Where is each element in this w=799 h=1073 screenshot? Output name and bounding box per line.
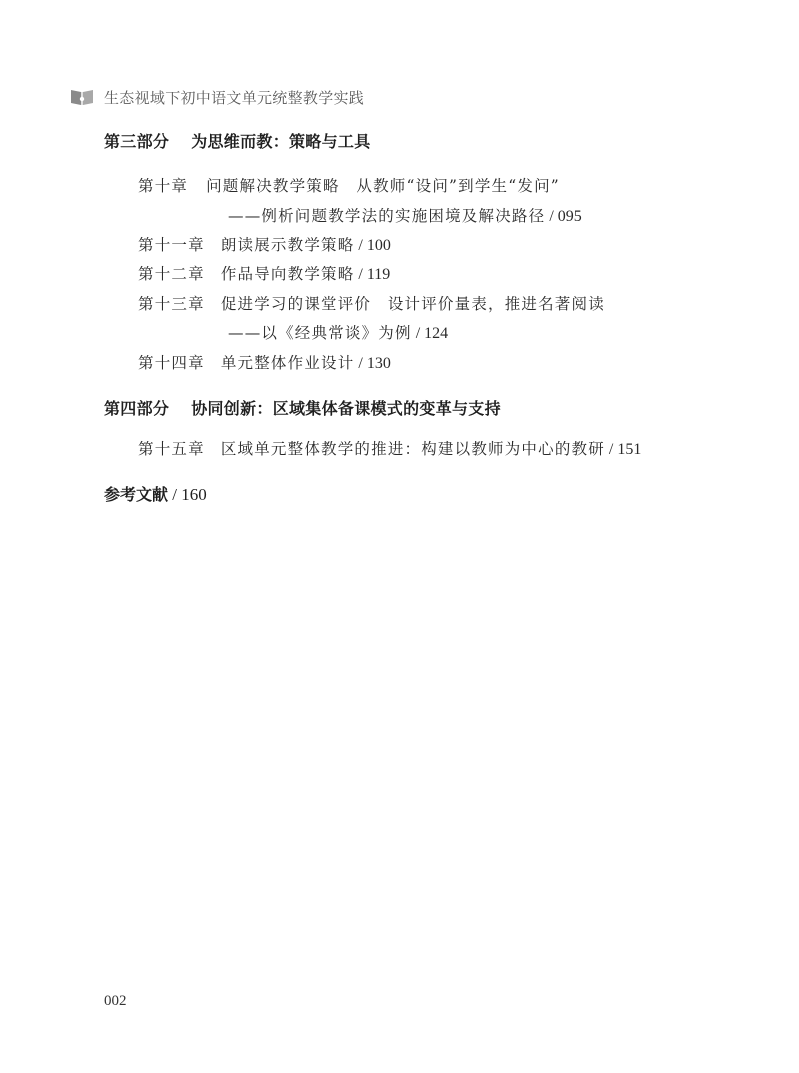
toc-entry-chapter-12[interactable]: 第十二章作品导向教学策略 / 119	[138, 262, 390, 284]
page-number: 002	[104, 993, 127, 1010]
chapter-title: 问题解决教学策略 从教师“设问”到学生“发问”	[206, 177, 560, 195]
part-label: 第四部分	[104, 399, 169, 418]
page-ref: 130	[367, 355, 391, 372]
page-ref: 151	[617, 441, 641, 458]
part-label: 第三部分	[104, 132, 169, 151]
chapter-title: 区域单元整体教学的推进：构建以教师为中心的教研	[221, 440, 605, 458]
page-separator: /	[354, 355, 366, 372]
chapter-title: 单元整体作业设计	[221, 354, 355, 372]
open-book-icon	[70, 88, 94, 106]
toc-entry-chapter-10[interactable]: 第十章问题解决教学策略 从教师“设问”到学生“发问”	[138, 174, 560, 196]
toc-entry-chapter-11[interactable]: 第十一章朗读展示教学策略 / 100	[138, 233, 391, 255]
toc-entry-chapter-10-subtitle: ——例析问题教学法的实施困境及解决路径 / 095	[228, 204, 582, 226]
references-label: 参考文献	[104, 485, 168, 504]
chapter-title: 作品导向教学策略	[221, 265, 355, 283]
chapter-label: 第十三章	[138, 295, 205, 313]
chapter-subtitle: ——例析问题教学法的实施困境及解决路径	[228, 207, 545, 225]
chapter-label: 第十章	[138, 177, 188, 195]
book-title: 生态视域下初中语文单元统整教学实践	[104, 87, 364, 108]
chapter-label: 第十二章	[138, 265, 205, 283]
chapter-label: 第十四章	[138, 354, 205, 372]
page-separator: /	[168, 485, 181, 504]
toc-entry-references[interactable]: 参考文献 / 160	[104, 482, 207, 505]
running-header: 生态视域下初中语文单元统整教学实践	[70, 86, 364, 108]
page-separator: /	[354, 237, 366, 254]
part-heading-4: 第四部分协同创新：区域集体备课模式的变革与支持	[104, 396, 501, 419]
page-separator: /	[412, 325, 424, 342]
page-ref: 160	[181, 485, 207, 504]
part-heading-3: 第三部分为思维而教：策略与工具	[104, 129, 371, 152]
chapter-subtitle: ——以《经典常谈》为例	[228, 324, 412, 342]
toc-entry-chapter-15[interactable]: 第十五章区域单元整体教学的推进：构建以教师为中心的教研 / 151	[138, 437, 641, 459]
toc-entry-chapter-13[interactable]: 第十三章促进学习的课堂评价 设计评价量表，推进名著阅读	[138, 292, 605, 314]
page-separator: /	[605, 441, 617, 458]
toc-entry-chapter-13-subtitle: ——以《经典常谈》为例 / 124	[228, 321, 448, 343]
page-ref: 119	[367, 266, 390, 283]
page-ref: 124	[424, 325, 448, 342]
page-ref: 095	[558, 208, 582, 225]
page-ref: 100	[367, 237, 391, 254]
page-separator: /	[545, 208, 557, 225]
chapter-title: 朗读展示教学策略	[221, 236, 355, 254]
chapter-label: 第十五章	[138, 440, 205, 458]
page-separator: /	[354, 266, 366, 283]
part-title: 协同创新：区域集体备课模式的变革与支持	[191, 399, 501, 418]
chapter-label: 第十一章	[138, 236, 205, 254]
chapter-title: 促进学习的课堂评价 设计评价量表，推进名著阅读	[221, 295, 605, 313]
toc-entry-chapter-14[interactable]: 第十四章单元整体作业设计 / 130	[138, 351, 391, 373]
part-title: 为思维而教：策略与工具	[191, 132, 370, 151]
